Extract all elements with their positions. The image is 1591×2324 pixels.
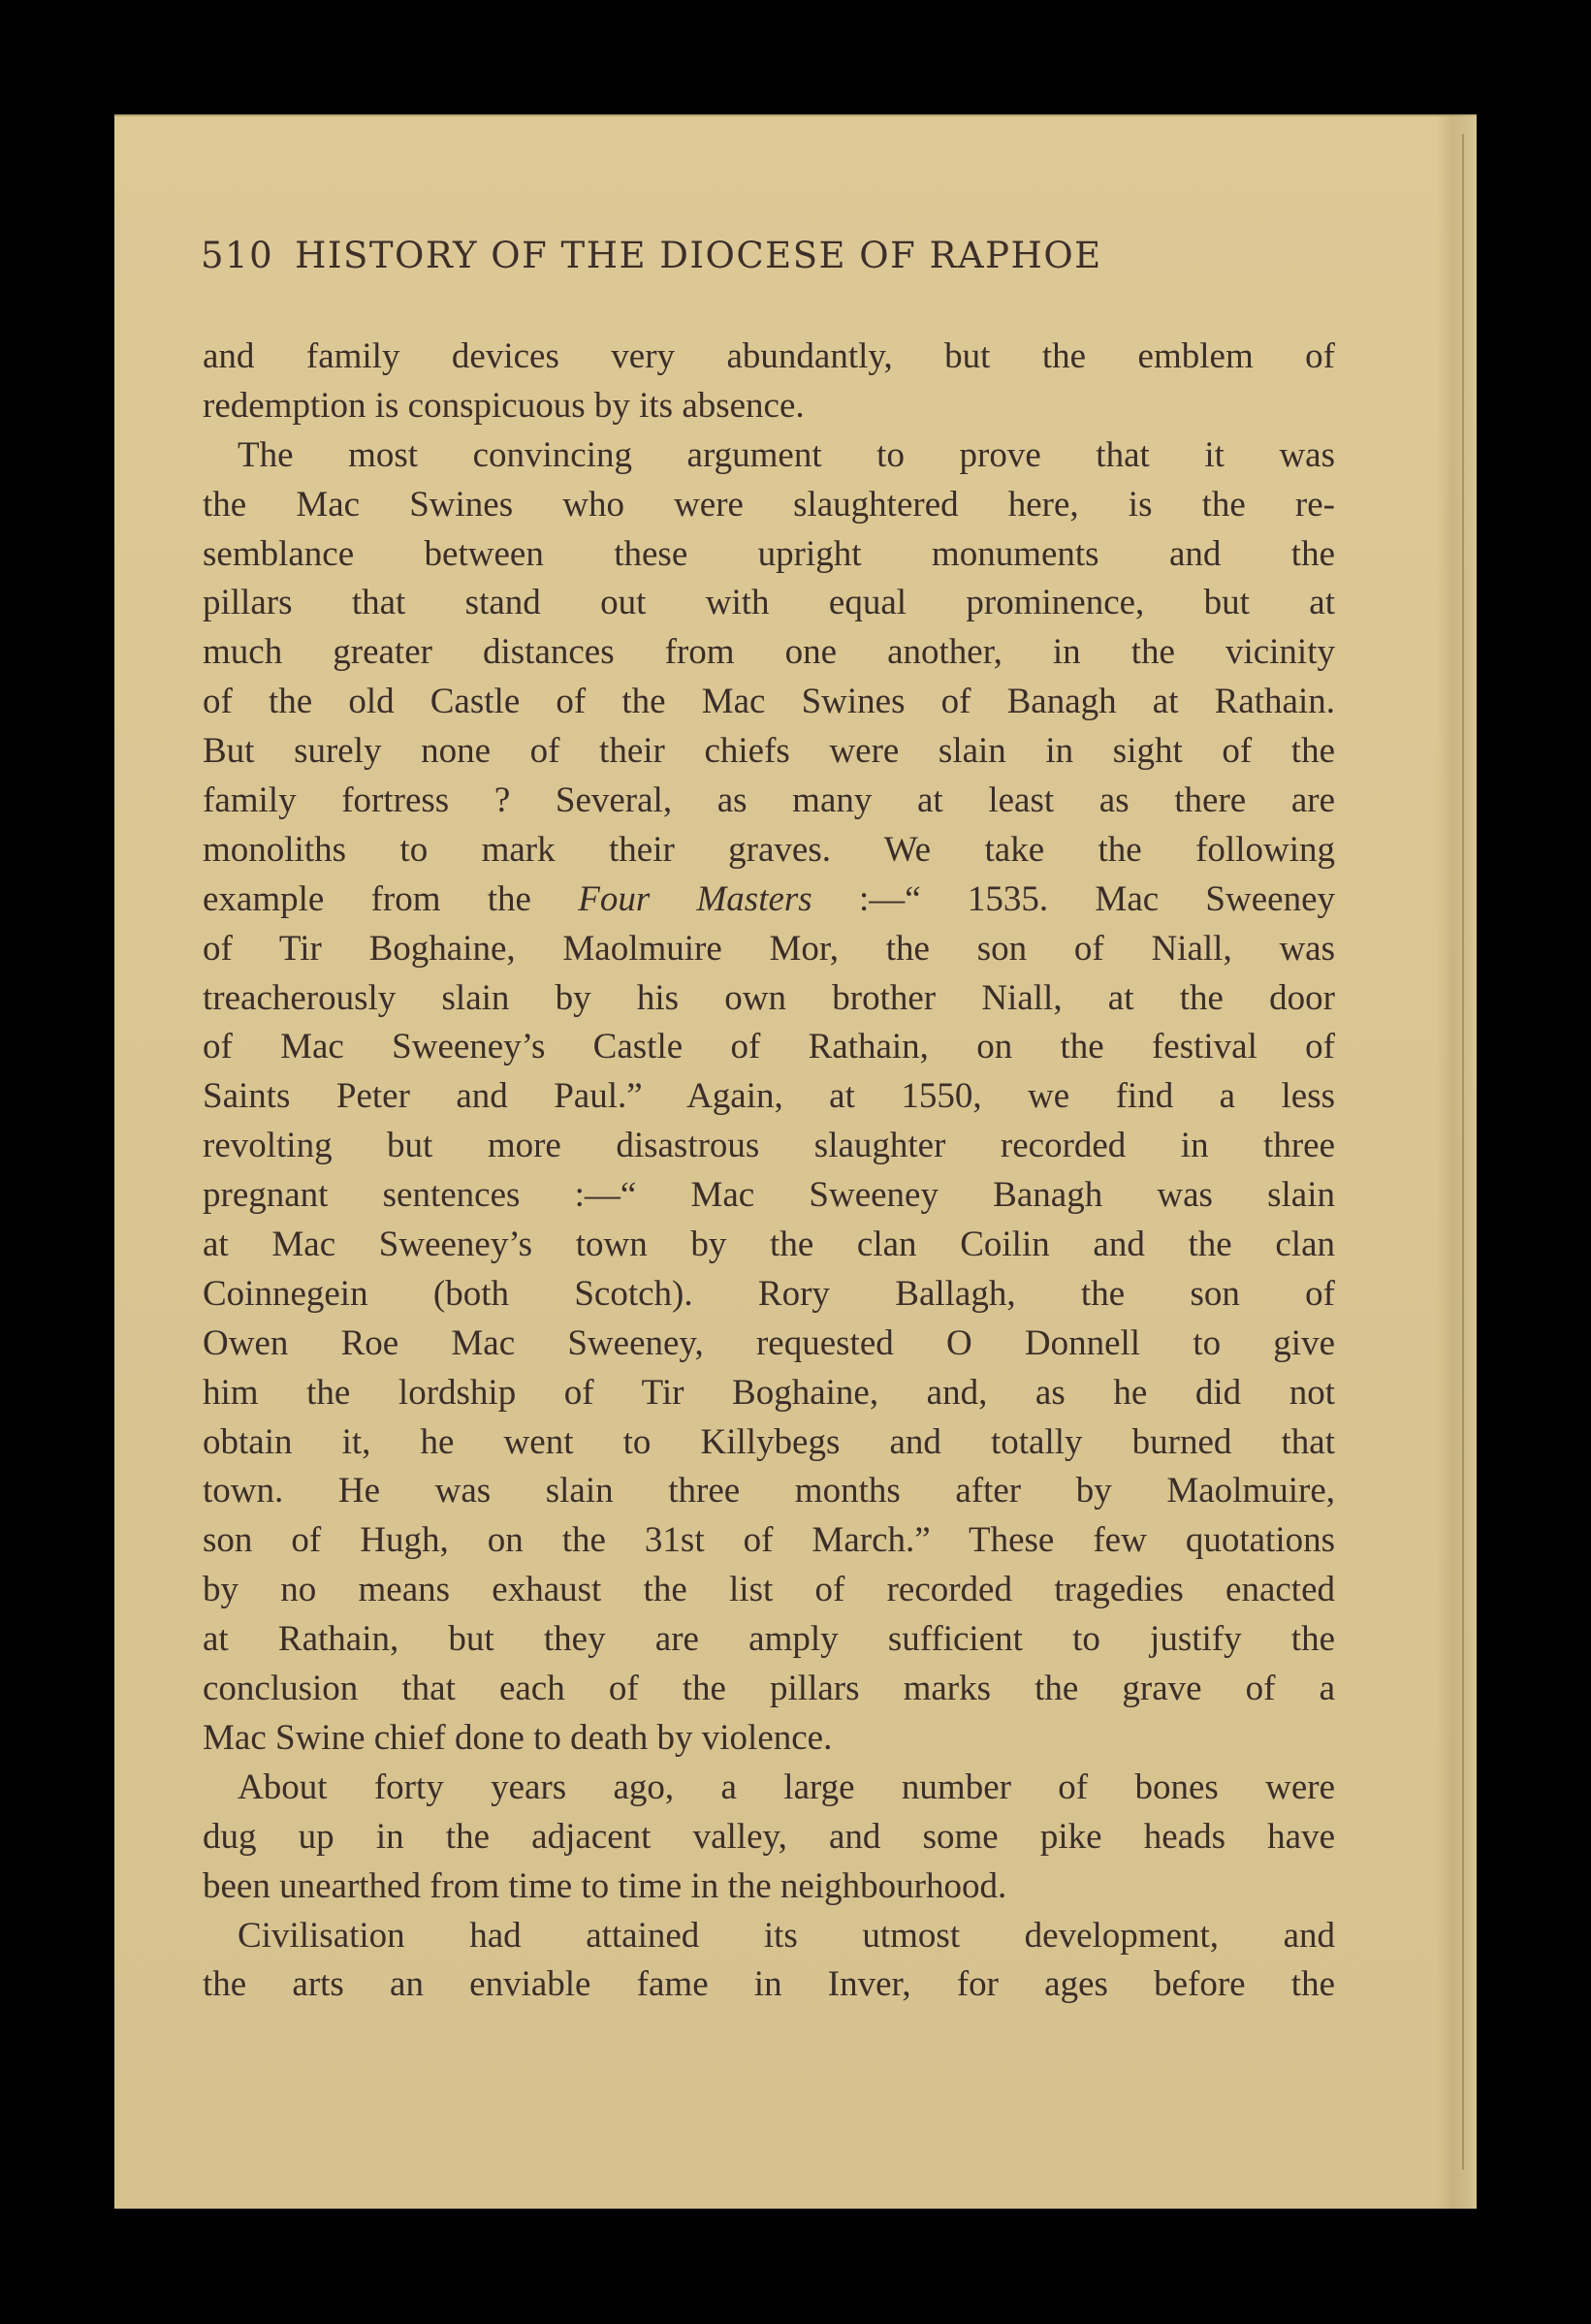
text-line: monoliths to mark their graves. We take … <box>203 826 1335 875</box>
text-line: About forty years ago, a large number of… <box>203 1764 1335 1813</box>
text-line: dug up in the adjacent valley, and some … <box>203 1813 1335 1862</box>
text-line: family fortress ? Several, as many at le… <box>203 777 1335 826</box>
text-line: of Tir Boghaine, Maolmuire Mor, the son … <box>203 925 1335 974</box>
text-line: redemption is conspicuous by its absence… <box>203 382 1335 431</box>
text-line: the Mac Swines who were slaughtered here… <box>203 481 1335 530</box>
text-line: example from the Four Masters :—“ 1535. … <box>203 875 1335 925</box>
text-line: But surely none of their chiefs were sla… <box>203 727 1335 777</box>
text-line: town. He was slain three months after by… <box>203 1467 1335 1516</box>
text-line: revolting but more disastrous slaughter … <box>203 1122 1335 1171</box>
text-line: much greater distances from one another,… <box>203 628 1335 678</box>
text-line: at Rathain, but they are amply sufficien… <box>203 1615 1335 1665</box>
text-line: pillars that stand out with equal promin… <box>203 579 1335 628</box>
italic-title: Four Masters <box>578 879 811 919</box>
page-number: 510 <box>201 235 273 276</box>
text-line: son of Hugh, on the 31st of March.” Thes… <box>203 1516 1335 1566</box>
text-line: at Mac Sweeney’s town by the clan Coilin… <box>203 1221 1335 1270</box>
paragraph: About forty years ago, a large number of… <box>203 1764 1335 1912</box>
page-edge-line <box>1462 134 1464 2170</box>
body-text: and family devices very abundantly, but … <box>203 333 1335 2010</box>
text-line: conclusion that each of the pillars mark… <box>203 1665 1335 1714</box>
paragraph: The most convincing argument to prove th… <box>203 431 1335 1764</box>
text-line: Coinnegein (both Scotch). Rory Ballagh, … <box>203 1270 1335 1320</box>
paragraph: and family devices very abundantly, but … <box>203 333 1335 431</box>
text-line: Owen Roe Mac Sweeney, requested O Donnel… <box>203 1320 1335 1369</box>
text-line: semblance between these upright monument… <box>203 530 1335 580</box>
page-gutter-shadow <box>1437 114 1477 2209</box>
text-line: treacherously slain by his own brother N… <box>203 974 1335 1024</box>
text-line: of Mac Sweeney’s Castle of Rathain, on t… <box>203 1023 1335 1072</box>
running-header: 510HISTORY OF THE DIOCESE OF RAPHOE <box>201 235 1306 276</box>
text-line: Saints Peter and Paul.” Again, at 1550, … <box>203 1072 1335 1122</box>
text-line: by no means exhaust the list of recorded… <box>203 1566 1335 1615</box>
text-line: Civilisation had attained its utmost dev… <box>203 1912 1335 1961</box>
running-title: HISTORY OF THE DIOCESE OF RAPHOE <box>295 235 1102 276</box>
text-line: pregnant sentences :—“ Mac Sweeney Banag… <box>203 1171 1335 1221</box>
text-line: The most convincing argument to prove th… <box>203 431 1335 481</box>
text-line: the arts an enviable fame in Inver, for … <box>203 1960 1335 2010</box>
text-line: been unearthed from time to time in the … <box>203 1862 1335 1912</box>
paragraph: Civilisation had attained its utmost dev… <box>203 1912 1335 2011</box>
text-line: obtain it, he went to Killybegs and tota… <box>203 1418 1335 1468</box>
text-line: Mac Swine chief done to death by violenc… <box>203 1714 1335 1764</box>
text-line: of the old Castle of the Mac Swines of B… <box>203 678 1335 727</box>
text-line: him the lordship of Tir Boghaine, and, a… <box>203 1369 1335 1418</box>
text-line: and family devices very abundantly, but … <box>203 333 1335 382</box>
